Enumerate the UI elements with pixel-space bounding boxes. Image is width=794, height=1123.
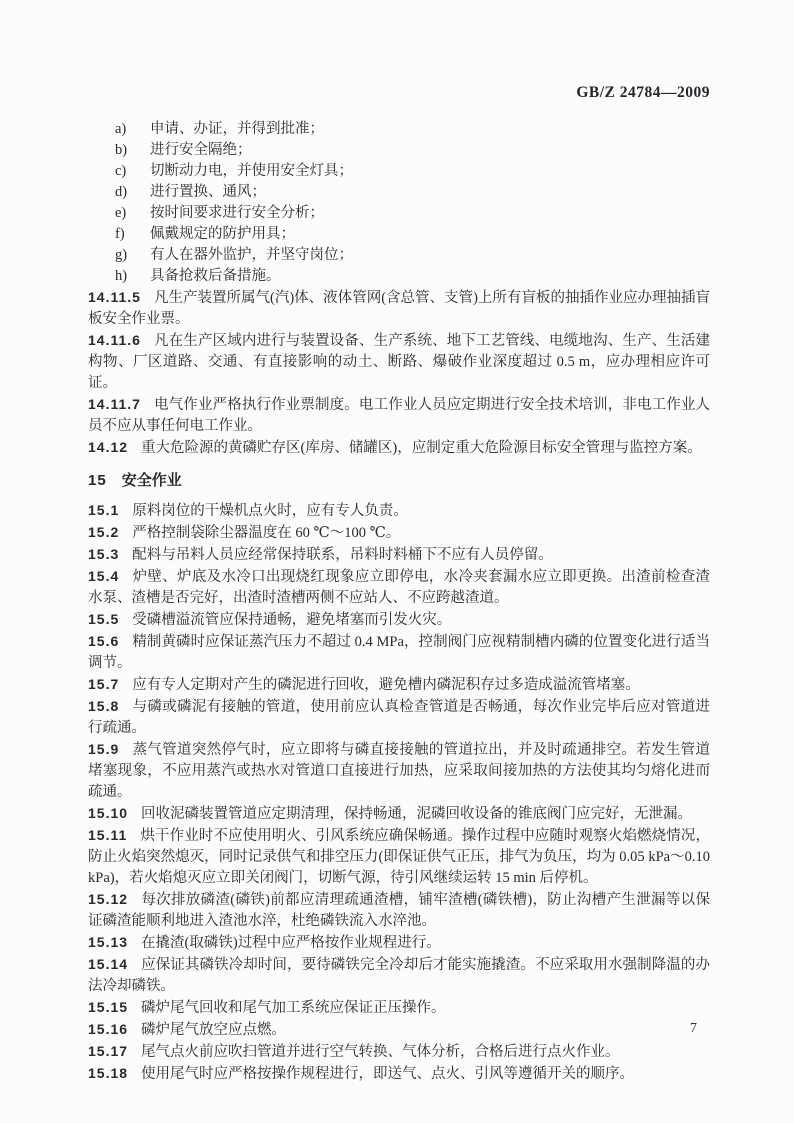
clause-number: 15.8: [88, 698, 119, 714]
clause-text: 蒸气管道突然停气时，应立即将与磷直接接触的管道拉出，并及时疏通排空。若发生管道堵…: [88, 742, 710, 800]
clause-number: 15.18: [88, 1065, 128, 1081]
clause-text: 应有专人定期对产生的磷泥进行回收，避免槽内磷泥积存过多造成溢流管堵塞。: [132, 677, 640, 693]
clause-number: 15.5: [88, 611, 119, 627]
clause-text: 回收泥磷装置管道应定期清理，保持畅通，泥磷回收设备的锥底阀门应完好，无泄漏。: [141, 806, 692, 822]
clause-text: 每次排放磷渣(磷铁)前都应清理疏通渣槽，铺牢渣槽(磷铁槽)，防止沟槽产生泄漏等以…: [88, 892, 710, 929]
clause: 14.11.5凡生产装置所属气(汽)体、液体管网(含总管、支管)上所有盲板的抽插…: [88, 287, 710, 330]
section-number: 15: [88, 472, 107, 489]
list-item: b)进行安全隔绝；: [115, 140, 710, 161]
clause-number: 14.11.5: [88, 289, 141, 305]
clause-number: 15.11: [88, 827, 127, 843]
clause-text: 受磷槽溢流管应保持通畅，避免堵塞而引发火灾。: [132, 612, 451, 628]
lettered-list: a)申请、办证，并得到批准； b)进行安全隔绝； c)切断动力电，并使用安全灯具…: [88, 119, 710, 287]
clause: 14.11.6凡在生产区域内进行与装置设备、生产系统、地下工艺管线、电缆地沟、生…: [88, 330, 710, 394]
list-item: c)切断动力电，并使用安全灯具；: [115, 161, 710, 182]
clause-text: 严格控制袋除尘器温度在 60 ℃～100 ℃。: [132, 525, 400, 541]
list-item-text: 切断动力电，并使用安全灯具；: [150, 163, 353, 179]
clause-text: 重大危险源的黄磷贮存区(库房、储罐区)，应制定重大危险源目标安全管理与监控方案。: [141, 440, 702, 456]
clause: 15.5受磷槽溢流管应保持通畅，避免堵塞而引发火灾。: [88, 609, 710, 631]
list-item: h)具备抢救后备措施。: [115, 266, 710, 287]
list-item-label: h): [115, 266, 150, 287]
page-number: 7: [690, 1021, 697, 1037]
clause-text: 烘干作业时不应使用明火、引风系统应确保畅通。操作过程中应随时观察火焰燃烧情况，防…: [88, 828, 710, 886]
clause-number: 15.7: [88, 676, 119, 692]
list-item-text: 佩戴规定的防护用具；: [150, 226, 295, 242]
list-item: d)进行置换、通风；: [115, 182, 710, 203]
clause-number: 15.15: [88, 999, 128, 1015]
list-item-label: b): [115, 140, 150, 161]
list-item-text: 申请、办证，并得到批准；: [150, 121, 324, 137]
list-item-label: a): [115, 119, 150, 140]
page-content: a)申请、办证，并得到批准； b)进行安全隔绝； c)切断动力电，并使用安全灯具…: [88, 119, 710, 1085]
clause: 15.2严格控制袋除尘器温度在 60 ℃～100 ℃。: [88, 522, 710, 544]
list-item: g)有人在器外监护，并坚守岗位；: [115, 245, 710, 266]
clause: 15.15磷炉尾气回收和尾气加工系统应保证正压操作。: [88, 997, 710, 1019]
clause-number: 14.11.7: [88, 396, 141, 412]
clause-text: 电气作业严格执行作业票制度。电工作业人员应定期进行安全技术培训，非电工作业人员不…: [88, 397, 710, 434]
list-item: e)按时间要求进行安全分析；: [115, 203, 710, 224]
clause-number: 15.1: [88, 502, 119, 518]
clause-number: 15.9: [88, 741, 119, 757]
clause-text: 炉壁、炉底及水冷口出现烧红现象应立即停电，水冷夹套漏水应立即更换。出渣前检查渣水…: [88, 569, 710, 606]
clause: 15.9蒸气管道突然停气时，应立即将与磷直接接触的管道拉出，并及时疏通排空。若发…: [88, 739, 710, 803]
clause-number: 15.3: [88, 546, 119, 562]
list-item-text: 进行安全隔绝；: [150, 142, 252, 158]
clause-number: 15.14: [88, 956, 128, 972]
document-page: GB/Z 24784—2009 a)申请、办证，并得到批准； b)进行安全隔绝；…: [0, 0, 794, 1123]
clause: 15.13在撬渣(取磷铁)过程中应严格按作业规程进行。: [88, 932, 710, 954]
list-item-label: d): [115, 182, 150, 203]
section-14-clauses: 14.11.5凡生产装置所属气(汽)体、液体管网(含总管、支管)上所有盲板的抽插…: [88, 287, 710, 459]
clause-number: 15.4: [88, 568, 119, 584]
clause-number: 15.13: [88, 934, 128, 950]
clause-text: 在撬渣(取磷铁)过程中应严格按作业规程进行。: [141, 935, 441, 951]
clause-number: 15.17: [88, 1043, 128, 1059]
list-item: f)佩戴规定的防护用具；: [115, 224, 710, 245]
clause-text: 磷炉尾气回收和尾气加工系统应保证正压操作。: [141, 1000, 446, 1016]
list-item-label: c): [115, 161, 150, 182]
list-item-text: 具备抢救后备措施。: [150, 268, 281, 284]
clause: 14.12重大危险源的黄磷贮存区(库房、储罐区)，应制定重大危险源目标安全管理与…: [88, 437, 710, 459]
clause-text: 精制黄磷时应保证蒸汽压力不超过 0.4 MPa，控制阀门应视精制槽内磷的位置变化…: [88, 634, 710, 671]
clause: 15.17尾气点火前应吹扫管道并进行空气转换、气体分析，合格后进行点火作业。: [88, 1041, 710, 1063]
clause: 15.4炉壁、炉底及水冷口出现烧红现象应立即停电，水冷夹套漏水应立即更换。出渣前…: [88, 566, 710, 609]
clause-text: 使用尾气时应严格按操作规程进行，即送气、点火、引风等遵循开关的顺序。: [141, 1066, 634, 1082]
clause-text: 磷炉尾气放空应点燃。: [141, 1022, 286, 1038]
clause-number: 15.16: [88, 1021, 128, 1037]
list-item-label: f): [115, 224, 150, 245]
clause-number: 14.12: [88, 439, 128, 455]
clause-number: 15.10: [88, 805, 128, 821]
list-item-label: e): [115, 203, 150, 224]
clause: 14.11.7电气作业严格执行作业票制度。电工作业人员应定期进行安全技术培训，非…: [88, 394, 710, 437]
clause-text: 应保证其磷铁冷却时间，要待磷铁完全冷却后才能实施撬渣。不应采取用水强制降温的办法…: [88, 957, 710, 994]
clause-text: 凡生产装置所属气(汽)体、液体管网(含总管、支管)上所有盲板的抽插作业应办理抽插…: [88, 290, 710, 327]
clause: 15.7应有专人定期对产生的磷泥进行回收，避免槽内磷泥积存过多造成溢流管堵塞。: [88, 674, 710, 696]
section-title: 安全作业: [122, 472, 182, 489]
clause-number: 15.2: [88, 524, 119, 540]
clause-text: 配料与吊料人员应经常保持联系，吊料时料桶下不应有人员停留。: [132, 547, 553, 563]
clause: 15.10回收泥磷装置管道应定期清理，保持畅通，泥磷回收设备的锥底阀门应完好，无…: [88, 803, 710, 825]
clause-text: 原料岗位的干燥机点火时，应有专人负责。: [132, 503, 408, 519]
clause-text: 与磷或磷泥有接触的管道，使用前应认真检查管道是否畅通，每次作业完毕后应对管道进行…: [88, 699, 710, 736]
clause-text: 凡在生产区域内进行与装置设备、生产系统、地下工艺管线、电缆地沟、生产、生活建构物…: [88, 333, 710, 391]
clause-number: 15.12: [88, 891, 128, 907]
section-15-heading: 15安全作业: [88, 470, 710, 491]
clause: 15.16磷炉尾气放空应点燃。: [88, 1019, 710, 1041]
clause: 15.1原料岗位的干燥机点火时，应有专人负责。: [88, 500, 710, 522]
list-item-text: 进行置换、通风；: [150, 184, 266, 200]
list-item-label: g): [115, 245, 150, 266]
clause-number: 14.11.6: [88, 332, 141, 348]
clause: 15.8与磷或磷泥有接触的管道，使用前应认真检查管道是否畅通，每次作业完毕后应对…: [88, 696, 710, 739]
clause: 15.14应保证其磷铁冷却时间，要待磷铁完全冷却后才能实施撬渣。不应采取用水强制…: [88, 954, 710, 997]
clause: 15.12每次排放磷渣(磷铁)前都应清理疏通渣槽，铺牢渣槽(磷铁槽)，防止沟槽产…: [88, 889, 710, 932]
section-15-clauses: 15.1原料岗位的干燥机点火时，应有专人负责。 15.2严格控制袋除尘器温度在 …: [88, 500, 710, 1085]
list-item: a)申请、办证，并得到批准；: [115, 119, 710, 140]
doc-number: GB/Z 24784—2009: [576, 84, 710, 102]
list-item-text: 有人在器外监护，并坚守岗位；: [150, 247, 353, 263]
clause-number: 15.6: [88, 633, 119, 649]
list-item-text: 按时间要求进行安全分析；: [150, 205, 324, 221]
clause-text: 尾气点火前应吹扫管道并进行空气转换、气体分析，合格后进行点火作业。: [141, 1044, 620, 1060]
clause: 15.11烘干作业时不应使用明火、引风系统应确保畅通。操作过程中应随时观察火焰燃…: [88, 825, 710, 889]
clause: 15.18使用尾气时应严格按操作规程进行，即送气、点火、引风等遵循开关的顺序。: [88, 1063, 710, 1085]
clause: 15.3配料与吊料人员应经常保持联系，吊料时料桶下不应有人员停留。: [88, 544, 710, 566]
clause: 15.6精制黄磷时应保证蒸汽压力不超过 0.4 MPa，控制阀门应视精制槽内磷的…: [88, 631, 710, 674]
